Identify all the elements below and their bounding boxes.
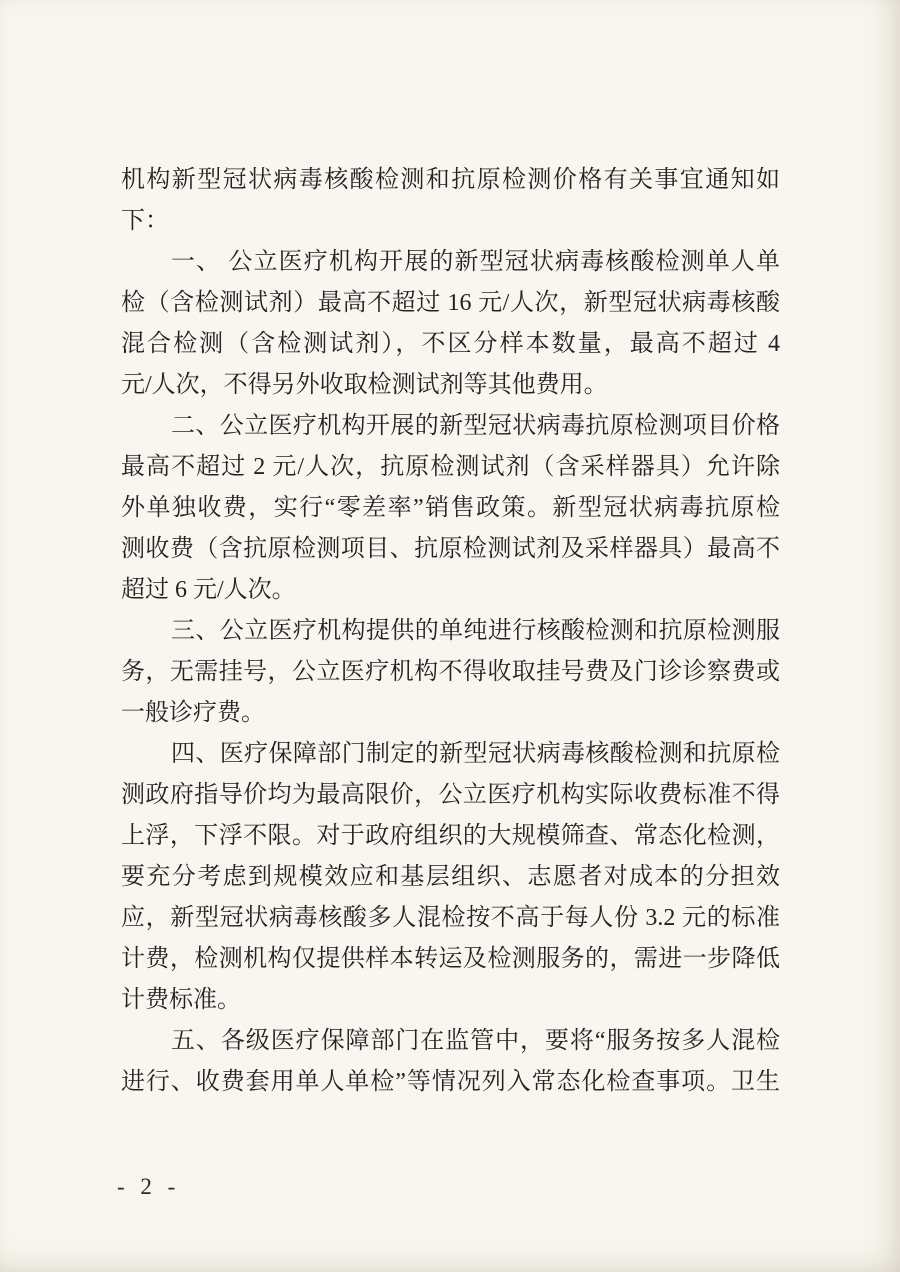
text-line: 务，无需挂号，公立医疗机构不得收取挂号费及门诊诊察费或: [121, 652, 780, 693]
text-line: 测收费（含抗原检测项目、抗原检测试剂及采样器具）最高不: [121, 529, 780, 570]
text-line: 外单独收费，实行“零差率”销售政策。新型冠状病毒抗原检: [121, 488, 780, 529]
text-line: 上浮，下浮不限。对于政府组织的大规模筛查、常态化检测，: [121, 816, 780, 857]
text-line: 四、医疗保障部门制定的新型冠状病毒核酸检测和抗原检: [121, 734, 780, 775]
text-line: 混合检测（含检测试剂），不区分样本数量，最高不超过 4: [121, 324, 780, 365]
page-number: - 2 -: [117, 1173, 180, 1201]
text-line: 应，新型冠状病毒核酸多人混检按不高于每人份 3.2 元的标准: [121, 898, 780, 939]
text-line: 一般诊疗费。: [121, 693, 780, 734]
text-line: 检（含检测试剂）最高不超过 16 元/人次，新型冠状病毒核酸: [121, 283, 780, 324]
text-line: 下：: [121, 201, 780, 242]
text-line: 最高不超过 2 元/人次，抗原检测试剂（含采样器具）允许除: [121, 447, 780, 488]
text-line: 三、公立医疗机构提供的单纯进行核酸检测和抗原检测服: [121, 611, 780, 652]
text-line: 进行、收费套用单人单检”等情况列入常态化检查事项。卫生: [121, 1062, 780, 1103]
text-line: 计费，检测机构仅提供样本转运及检测服务的，需进一步降低: [121, 939, 780, 980]
text-line: 计费标准。: [121, 980, 780, 1021]
text-line: 要充分考虑到规模效应和基层组织、志愿者对成本的分担效: [121, 857, 780, 898]
text-line: 一、 公立医疗机构开展的新型冠状病毒核酸检测单人单: [121, 242, 780, 283]
text-line: 五、各级医疗保障部门在监管中，要将“服务按多人混检: [121, 1021, 780, 1062]
text-line: 二、公立医疗机构开展的新型冠状病毒抗原检测项目价格: [121, 406, 780, 447]
text-line: 超过 6 元/人次。: [121, 570, 780, 611]
text-line: 元/人次，不得另外收取检测试剂等其他费用。: [121, 365, 780, 406]
text-line: 机构新型冠状病毒核酸检测和抗原检测价格有关事宜通知如: [121, 160, 780, 201]
text-line: 测政府指导价均为最高限价，公立医疗机构实际收费标准不得: [121, 775, 780, 816]
scanned-document-page: 机构新型冠状病毒核酸检测和抗原检测价格有关事宜通知如下：一、 公立医疗机构开展的…: [0, 0, 900, 1272]
document-body: 机构新型冠状病毒核酸检测和抗原检测价格有关事宜通知如下：一、 公立医疗机构开展的…: [121, 160, 780, 1103]
